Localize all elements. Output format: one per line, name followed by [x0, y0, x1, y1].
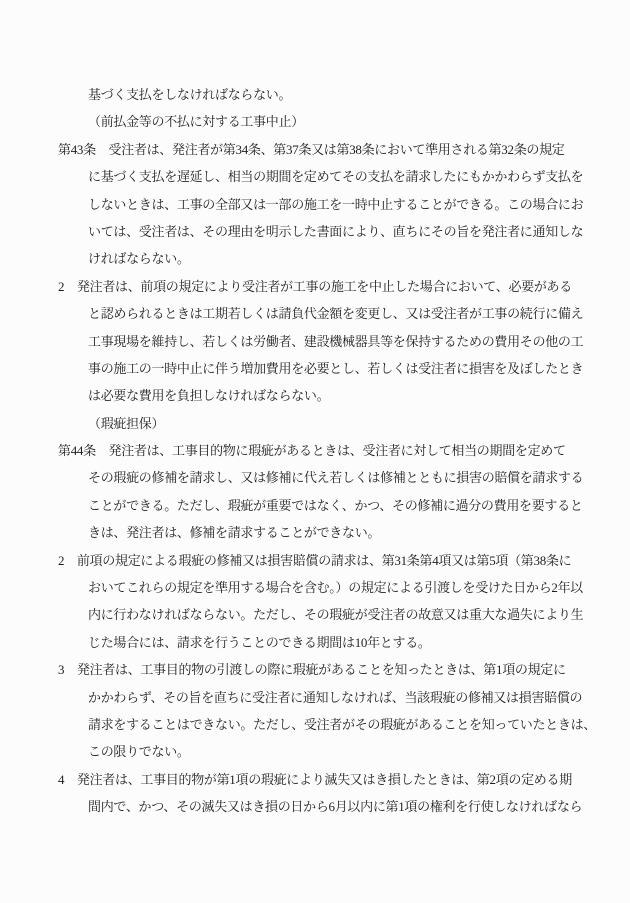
text-line: 基づく支払をしなければならない。 — [58, 81, 578, 108]
document-lines: 基づく支払をしなければならない。（前払金等の不払に対する工事中止）第43条 受注… — [58, 81, 578, 821]
text-line: （瑕疵担保） — [58, 410, 578, 437]
text-line: かかわらず、その旨を直ちに受注者に通知しなければ、当該瑕疵の修補又は損害賠償の — [58, 684, 578, 711]
text-line: 工事現場を維持し、若しくは労働者、建設機械器具等を保持するための費用その他の工 — [58, 328, 578, 355]
text-line: ことができる。ただし、瑕疵が重要ではなく、かつ、その修補に過分の費用を要すると — [58, 492, 578, 519]
text-line: しないときは、工事の全部又は一部の施工を一時中止することができる。この場合にお — [58, 191, 578, 218]
text-line: おいてこれらの規定を準用する場合を含む。）の規定による引渡しを受けた日から2年以 — [58, 574, 578, 601]
text-line: 事の施工の一時中止に伴う増加費用を必要とし、若しくは受注者に損害を及ぼしたとき — [58, 355, 578, 382]
text-line: に基づく支払を遅延し、相当の期間を定めてその支払を請求したにもかかわらず支払を — [58, 163, 578, 190]
text-line: この限りでない。 — [58, 738, 578, 765]
text-line: 3 発注者は、工事目的物の引渡しの際に瑕疵があることを知ったときは、第1項の規定… — [58, 656, 578, 683]
text-line: 第44条 発注者は、工事目的物に瑕疵があるときは、受注者に対して相当の期間を定め… — [58, 437, 578, 464]
text-line: 2 発注者は、前項の規定により受注者が工事の施工を中止した場合において、必要があ… — [58, 273, 578, 300]
text-line: いては、受注者は、その理由を明示した書面により、直ちにその旨を発注者に通知しな — [58, 218, 578, 245]
text-line: ければならない。 — [58, 245, 578, 272]
text-line: きは、発注者は、修補を請求することができない。 — [58, 519, 578, 546]
text-line: 内に行わなければならない。ただし、その瑕疵が受注者の故意又は重大な過失により生 — [58, 601, 578, 628]
text-line: 第43条 受注者は、発注者が第34条、第37条又は第38条において準用される第3… — [58, 136, 578, 163]
text-line: と認められるときは工期若しくは請負代金額を変更し、又は受注者が工事の続行に備え — [58, 300, 578, 327]
text-line: 間内で、かつ、その滅失又はき損の日から6月以内に第1項の権利を行使しなければなら — [58, 793, 578, 820]
text-line: 2 前項の規定による瑕疵の修補又は損害賠償の請求は、第31条第4項又は第5項（第… — [58, 547, 578, 574]
text-line: その瑕疵の修補を請求し、又は修補に代え若しくは修補とともに損害の賠償を請求する — [58, 464, 578, 491]
text-line: じた場合には、請求を行うことのできる期間は10年とする。 — [58, 629, 578, 656]
text-line: 請求をすることはできない。ただし、受注者がその瑕疵があることを知っていたときは、 — [58, 711, 578, 738]
text-line: 4 発注者は、工事目的物が第1項の瑕疵により滅失又はき損したときは、第2項の定め… — [58, 766, 578, 793]
text-line: （前払金等の不払に対する工事中止） — [58, 108, 578, 135]
text-line: は必要な費用を負担しなければならない。 — [58, 382, 578, 409]
document-page: 基づく支払をしなければならない。（前払金等の不払に対する工事中止）第43条 受注… — [0, 0, 630, 903]
